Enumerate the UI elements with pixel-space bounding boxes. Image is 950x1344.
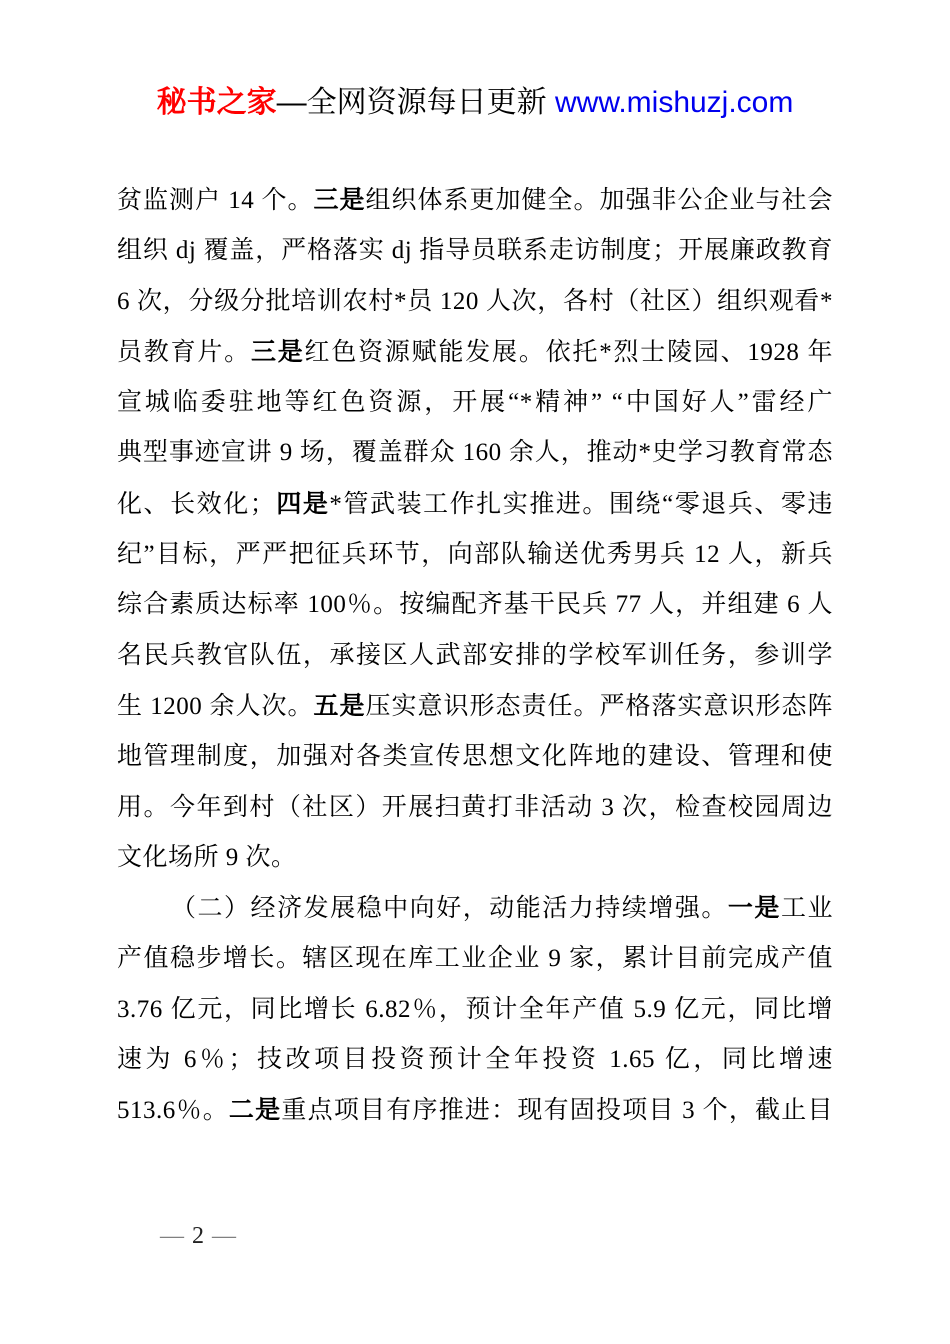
body-line: 名民兵教官队伍，承接区人武部安排的学校军训任务，参训学 (117, 631, 833, 681)
brand-text: 秘书之家 (157, 86, 277, 119)
body-line: 用。今年到村（社区）开展扫黄打非活动 3 次，检查校园周边 (117, 783, 833, 833)
body-line: 513.6％。二是重点项目有序推进：现有固投项目 3 个，截止目 (117, 1085, 833, 1136)
body-line: 文化场所 9 次。 (117, 833, 833, 883)
body-line: 宣城临委驻地等红色资源，开展“*精神” “中国好人”雷经广 (117, 378, 833, 428)
emphasis-run: 三是 (314, 186, 366, 214)
text-run: 速为 6％；技改项目投资预计全年投资 1.65 亿，同比增速 (117, 1046, 833, 1073)
text-run: 产值稳步增长。辖区现在库工业企业 9 家，累计目前完成产值 (117, 945, 833, 972)
header-banner: 秘书之家—全网资源每日更新 www.mishuzj.com (0, 86, 950, 120)
text-run: 压实意识形态责任。严格落实意识形态阵 (366, 693, 833, 720)
body-line: 地管理制度，加强对各类宣传思想文化阵地的建设、管理和使 (117, 732, 833, 782)
text-run: 3.76 亿元，同比增长 6.82％，预计全年产值 5.9 亿元，同比增 (117, 996, 833, 1023)
page-number-value: 2 (186, 1223, 212, 1249)
text-run: 纪”目标，严严把征兵环节，向部队输送优秀男兵 12 人，新兵 (117, 541, 833, 568)
body-line: 速为 6％；技改项目投资预计全年投资 1.65 亿，同比增速 (117, 1035, 833, 1085)
document-page: 秘书之家—全网资源每日更新 www.mishuzj.com 贫监测户 14 个。… (0, 0, 950, 1344)
emphasis-run: 三是 (251, 338, 305, 366)
text-run: 重点项目有序推进：现有固投项目 3 个，截止目 (281, 1097, 833, 1124)
text-run: 工业 (781, 895, 833, 922)
text-run: 用。今年到村（社区）开展扫黄打非活动 3 次，检查校园周边 (117, 794, 833, 821)
body-line: 综合素质达标率 100％。按编配齐基干民兵 77 人，并组建 6 人 (117, 580, 833, 630)
body-line: 组织 dj 覆盖，严格落实 dj 指导员联系走访制度；开展廉政教育 (117, 226, 833, 276)
site-url[interactable]: www.mishuzj.com (555, 86, 793, 119)
document-body: 贫监测户 14 个。三是组织体系更加健全。加强非公企业与社会组织 dj 覆盖，严… (117, 175, 833, 1137)
text-run: 6 次，分级分批培训农村*员 120 人次，各村（社区）组织观看* (117, 288, 833, 315)
emphasis-run: 四是 (275, 490, 329, 518)
body-line: 贫监测户 14 个。三是组织体系更加健全。加强非公企业与社会 (117, 175, 833, 226)
text-run: 名民兵教官队伍，承接区人武部安排的学校军训任务，参训学 (117, 642, 833, 669)
body-line: 典型事迹宣讲 9 场，覆盖群众 160 余人，推动*史学习教育常态 (117, 428, 833, 478)
text-run: 生 1200 余人次。 (117, 693, 314, 720)
body-line: 产值稳步增长。辖区现在库工业企业 9 家，累计目前完成产值 (117, 934, 833, 984)
text-run: 典型事迹宣讲 9 场，覆盖群众 160 余人，推动*史学习教育常态 (117, 439, 833, 466)
body-line: （二）经济发展稳中向好，动能活力持续增强。一是工业 (117, 883, 833, 934)
body-line: 3.76 亿元，同比增长 6.82％，预计全年产值 5.9 亿元，同比增 (117, 985, 833, 1035)
emphasis-run: 五是 (314, 692, 366, 720)
page-number-left-dash: — (160, 1223, 186, 1249)
emphasis-run: 二是 (229, 1096, 281, 1124)
text-run: 513.6％。 (117, 1097, 229, 1124)
text-run: 化、长效化； (117, 491, 275, 518)
page-number-right-dash: — (212, 1223, 238, 1249)
text-run: 员教育片。 (117, 339, 251, 366)
emphasis-run: 一是 (728, 894, 781, 922)
text-run: 综合素质达标率 100％。按编配齐基干民兵 77 人，并组建 6 人 (117, 591, 833, 618)
text-run: 贫监测户 14 个。 (117, 187, 314, 214)
body-line: 纪”目标，严严把征兵环节，向部队输送优秀男兵 12 人，新兵 (117, 530, 833, 580)
text-run: *管武装工作扎实推进。围绕“零退兵、零违 (329, 491, 833, 518)
text-run: 红色资源赋能发展。依托*烈士陵园、1928 年 (305, 339, 833, 366)
text-run: 宣城临委驻地等红色资源，开展“*精神” “中国好人”雷经广 (117, 389, 833, 416)
text-run: （二）经济发展稳中向好，动能活力持续增强。 (171, 895, 728, 922)
document-lines: 贫监测户 14 个。三是组织体系更加健全。加强非公企业与社会组织 dj 覆盖，严… (117, 175, 833, 1137)
body-line: 生 1200 余人次。五是压实意识形态责任。严格落实意识形态阵 (117, 681, 833, 732)
body-line: 6 次，分级分批培训农村*员 120 人次，各村（社区）组织观看* (117, 277, 833, 327)
text-run: 文化场所 9 次。 (117, 844, 297, 871)
text-run: 组织体系更加健全。加强非公企业与社会 (366, 187, 833, 214)
text-run: 组织 dj 覆盖，严格落实 dj 指导员联系走访制度；开展廉政教育 (117, 237, 833, 264)
body-line: 员教育片。三是红色资源赋能发展。依托*烈士陵园、1928 年 (117, 327, 833, 378)
body-line: 化、长效化；四是*管武装工作扎实推进。围绕“零退兵、零违 (117, 479, 833, 530)
text-run: 地管理制度，加强对各类宣传思想文化阵地的建设、管理和使 (117, 743, 833, 770)
page-number: —2— (160, 1222, 238, 1250)
tagline-text: —全网资源每日更新 (277, 86, 555, 119)
